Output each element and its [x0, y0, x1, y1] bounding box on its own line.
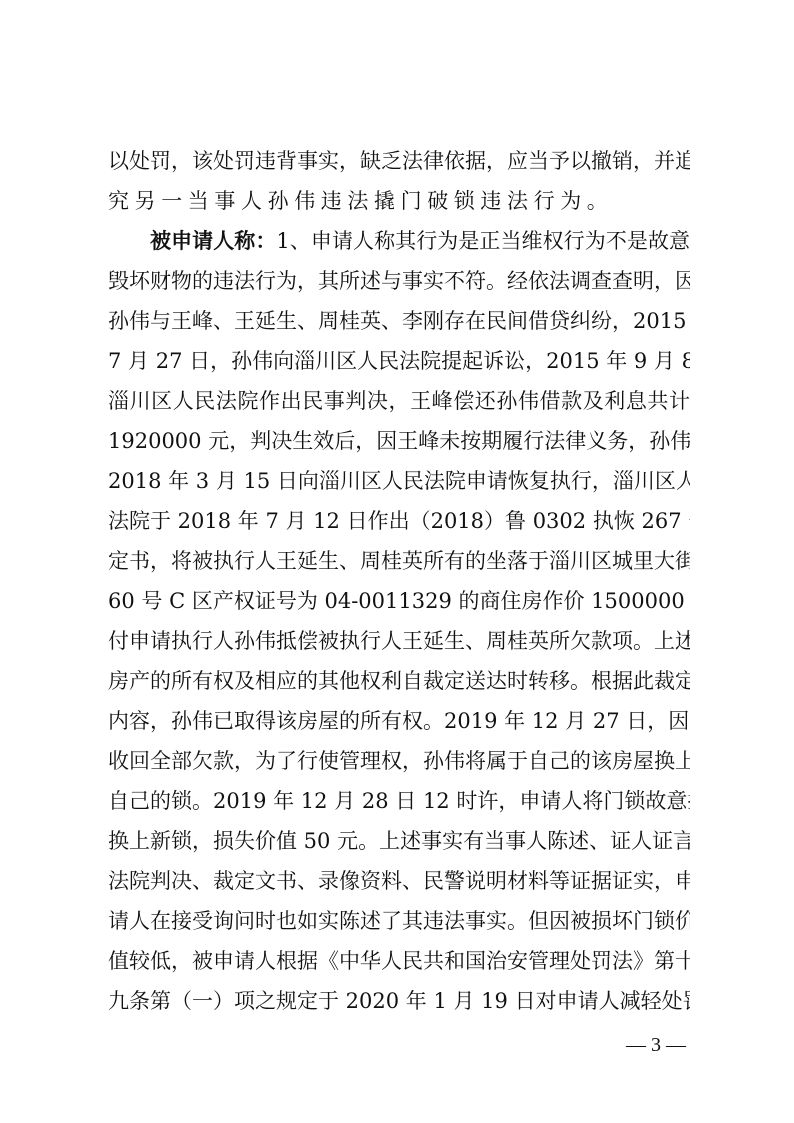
text-line: 法院于 2018 年 7 月 12 日作出（2018）鲁 0302 执恢 267…	[108, 506, 690, 536]
text-line: 请人在接受询问时也如实陈述了其违法事实。但因被损坏门锁价	[108, 906, 690, 936]
text-line: 九条第（一）项之规定于 2020 年 1 月 19 日对申请人减轻处罚给	[108, 986, 690, 1016]
text-line: 法院判决、裁定文书、录像资料、民警说明材料等证据证实，申	[108, 866, 690, 896]
text-line: 付申请执行人孙伟抵偿被执行人王延生、周桂英所欠款项。上述	[108, 626, 690, 656]
text-line: 定书，将被执行人王延生、周桂英所有的坐落于淄川区城里大街	[108, 546, 690, 576]
text-line: 7 月 27 日，孙伟向淄川区人民法院提起诉讼，2015 年 9 月 8 日，	[108, 346, 690, 376]
text-line: 换上新锁，损失价值 50 元。上述事实有当事人陈述、证人证言、	[108, 826, 690, 856]
text-line: 自己的锁。2019 年 12 月 28 日 12 时许，申请人将门锁故意损坏，	[108, 786, 690, 816]
text-line: 究另一当事人孙伟违法撬门破锁违法行为。	[108, 186, 690, 216]
paragraph-lead-line: 被申请人称：1、申请人称其行为是正当维权行为不是故意	[150, 226, 690, 256]
text-line: 房产的所有权及相应的其他权利自裁定送达时转移。根据此裁定	[108, 666, 690, 696]
text-span: 1、申请人称其行为是正当维权行为不是故意	[276, 229, 690, 253]
text-line: 值较低，被申请人根据《中华人民共和国治安管理处罚法》第十	[108, 946, 690, 976]
text-line: 孙伟与王峰、王延生、周桂英、李刚存在民间借贷纠纷，2015 年	[108, 306, 690, 336]
text-line: 毁坏财物的违法行为，其所述与事实不符。经依法调查查明，因	[108, 266, 690, 296]
respondent-label: 被申请人称：	[150, 228, 276, 253]
text-line: 内容，孙伟已取得该房屋的所有权。2019 年 12 月 27 日，因未能	[108, 706, 690, 736]
page-number: — 3 —	[626, 1034, 686, 1057]
text-line: 淄川区人民法院作出民事判决，王峰偿还孙伟借款及利息共计	[108, 386, 690, 416]
document-page: 以处罚，该处罚违背事实，缺乏法律依据，应当予以撤销，并追 究另一当事人孙伟违法撬…	[0, 0, 794, 1123]
text-line: 收回全部欠款，为了行使管理权，孙伟将属于自己的该房屋换上	[108, 746, 690, 776]
text-line: 60 号 C 区产权证号为 04-0011329 的商住房作价 1500000 …	[108, 586, 690, 616]
text-line: 以处罚，该处罚违背事实，缺乏法律依据，应当予以撤销，并追	[108, 146, 690, 176]
text-line: 2018 年 3 月 15 日向淄川区人民法院申请恢复执行，淄川区人民	[108, 466, 690, 496]
text-line: 1920000 元，判决生效后，因王峰未按期履行法律义务，孙伟于	[108, 426, 690, 456]
